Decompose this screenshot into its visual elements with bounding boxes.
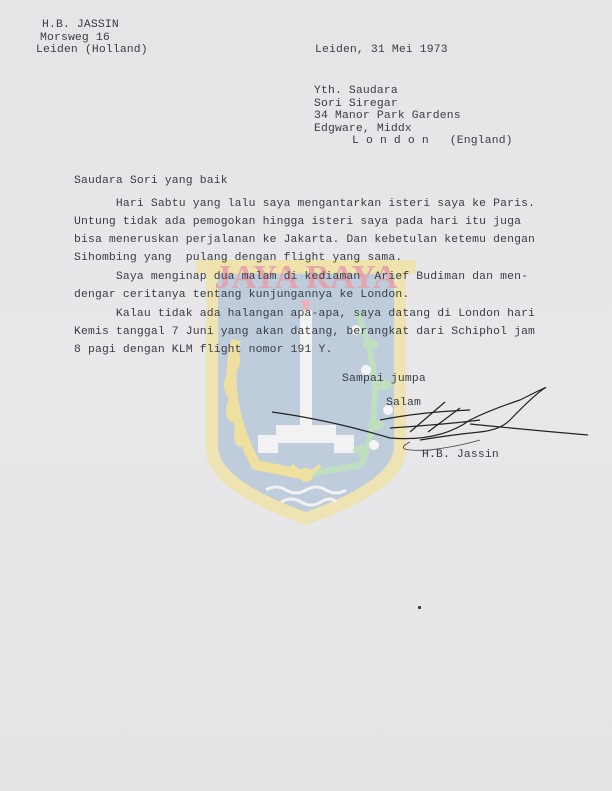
body-line: Untung tidak ada pemogokan hingga isteri…: [74, 215, 521, 229]
body-line: Sihombing yang pulang dengan flight yang…: [74, 251, 402, 265]
body-line: dengar ceritanya tentang kunjungannya ke…: [74, 288, 409, 302]
signer-name: H.B. Jassin: [422, 448, 499, 462]
body-line: Saya menginap dua malam di kediaman Arie…: [74, 270, 528, 284]
recipient-salutation: Yth. Saudara: [314, 84, 398, 98]
sender-name: H.B. JASSIN: [42, 18, 119, 32]
body-line: 8 pagi dengan KLM flight nomor 191 Y.: [74, 343, 332, 357]
sender-city: Leiden (Holland): [36, 43, 148, 57]
body-line: Kemis tanggal 7 Juni yang akan datang, b…: [74, 325, 535, 339]
greeting: Saudara Sori yang baik: [74, 174, 228, 188]
body-line: Hari Sabtu yang lalu saya mengantarkan i…: [74, 197, 535, 211]
paper-speck: [418, 606, 421, 609]
recipient-street: 34 Manor Park Gardens: [314, 109, 461, 123]
letter-page: JAYA RAYA: [0, 0, 612, 791]
recipient-city: L o n d o n (England): [352, 134, 513, 148]
letter-date: Leiden, 31 Mei 1973: [315, 43, 448, 57]
body-line: Kalau tidak ada halangan apa-apa, saya d…: [74, 307, 535, 321]
body-line: bisa meneruskan perjalanan ke Jakarta. D…: [74, 233, 535, 247]
